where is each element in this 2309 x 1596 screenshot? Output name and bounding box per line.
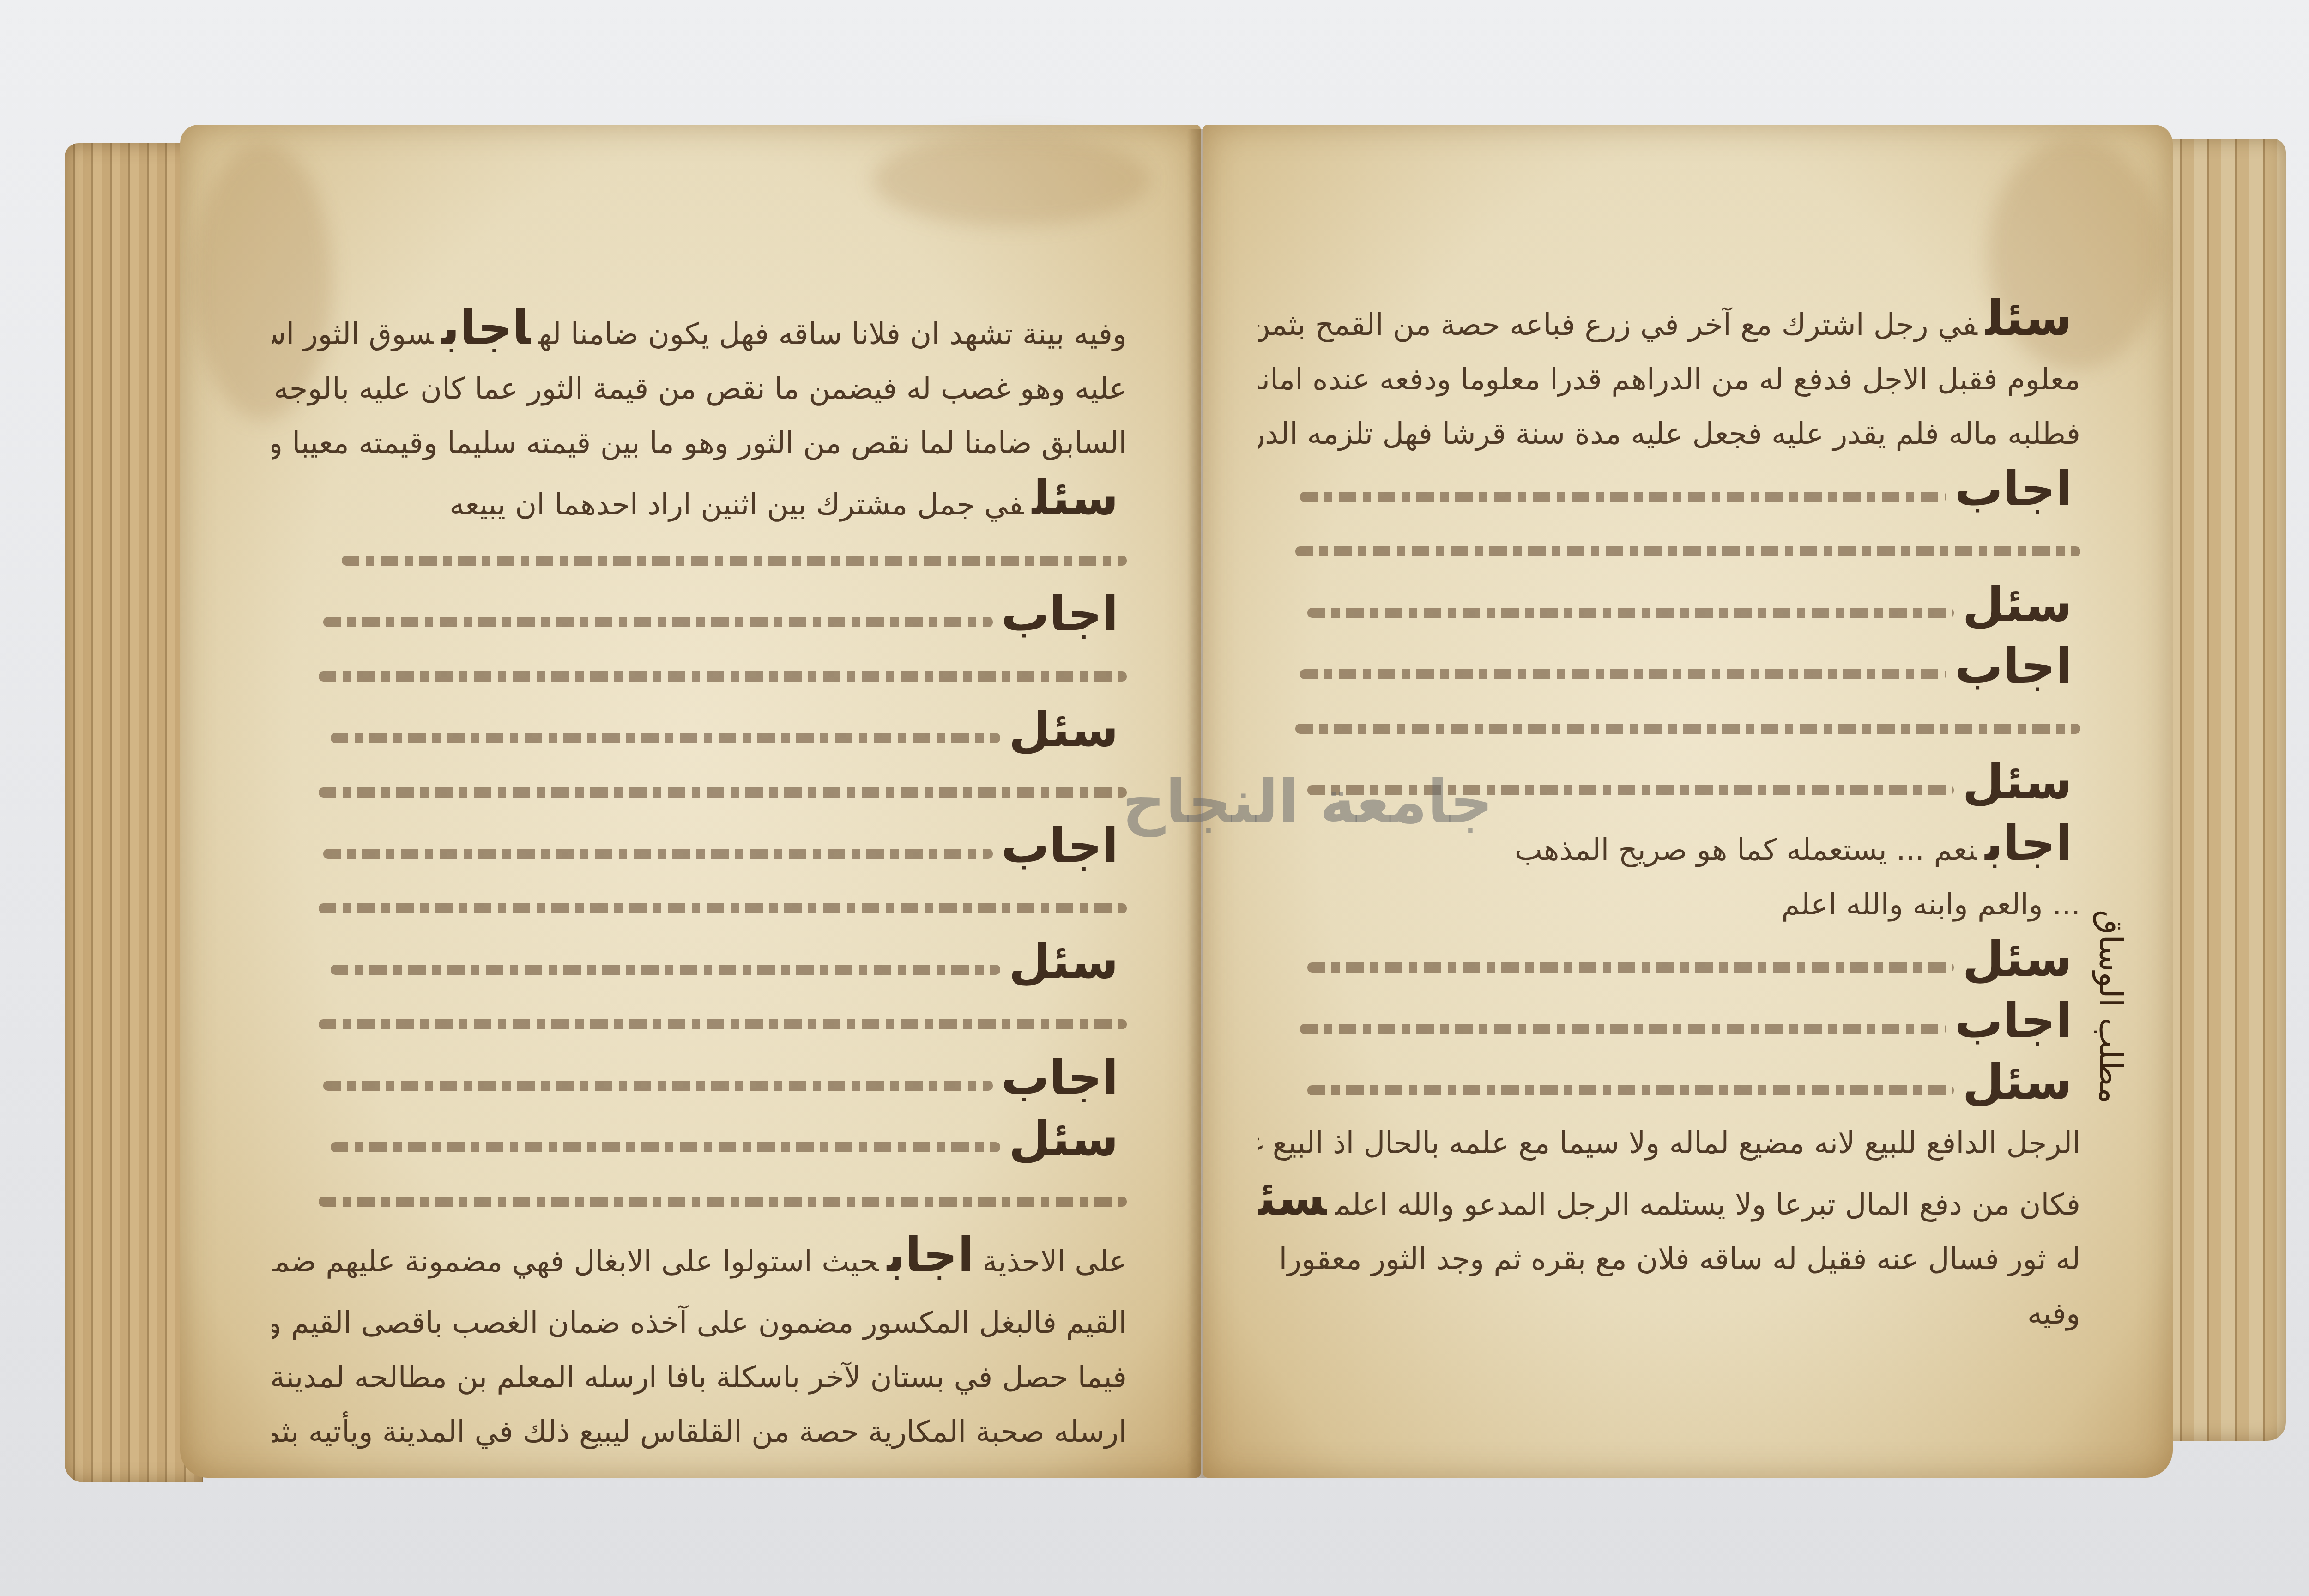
marginal-note: مطلب الوساق [2092,910,2130,1104]
answer-heading: اجاب [441,300,530,356]
question-heading: سئل [1009,1112,1118,1167]
text-line: ... والعم وابنه والله اعلم [1258,877,2080,932]
text-line [272,996,1127,1050]
text-line: فطلبه ماله فلم يقدر عليه فجعل عليه مدة س… [1258,407,2080,461]
answer-heading: اجاب [1955,461,2072,517]
text-line: فيما حصل في بستان لآخر باسكلة بافا ارسله… [272,1350,1127,1405]
text-line: له ثور فسال عنه فقيل له ساقه فلان مع بقر… [1258,1232,2080,1287]
watermark: جامعة النجاح [1122,767,1493,837]
text-line [272,880,1127,934]
text-line: السابق ضامنا لما نقص من الثور وهو ما بين… [272,416,1127,471]
text-line: اجاب [1258,639,2080,700]
question-heading: سئل [1962,755,2072,810]
text-line [1258,523,2080,577]
question-heading: سئل [1962,932,2072,987]
question-heading: سئل [1009,702,1118,758]
text-line: سئل [272,934,1127,996]
text-line [1258,700,2080,755]
answer-heading: اجاب [1985,816,2072,871]
answer-heading: اجاب [1001,818,1118,874]
answer-heading: اجاب [1955,639,2072,694]
text-line: عليه وهو غصب له فيضمن ما نقص من قيمة الث… [272,362,1127,416]
question-heading: سئل [1009,934,1118,990]
text-line: سئلفي جمل مشترك بين اثنين اراد احدهما ان… [272,471,1127,532]
text-line: القيم فالبغل المكسور مضمون على آخذه ضمان… [272,1289,1127,1350]
text-line [272,532,1127,586]
left-page: وفيه بينة تشهد ان فلانا ساقه فهل يكون ضا… [180,125,1201,1478]
text-line [272,764,1127,818]
text-line: اجاب [272,1050,1127,1112]
text-line: معلوم فقبل الاجل فدفع له من الدراهم قدرا… [1258,352,2080,407]
text-line: اجاب [1258,461,2080,523]
text-line [272,648,1127,702]
answer-heading: اجاب [1001,586,1118,642]
answer-heading: اجاب [1001,1050,1118,1106]
water-stain [873,134,1150,226]
text-line: سئل [1258,577,2080,639]
text-line: اجاب [272,586,1127,648]
question-heading: سئل [1032,471,1118,526]
text-line: سئل [272,1112,1127,1173]
question-heading: سئل [1986,291,2072,346]
text-line [272,1173,1127,1227]
text-line: ارسله صحبة المكارية حصة من القلقاس ليبيع… [272,1405,1127,1459]
text-line: وفيه بينة تشهد ان فلانا ساقه فهل يكون ضا… [272,300,1127,362]
text-line: سئل [1258,1055,2080,1116]
question-heading: سئل [1962,577,2072,633]
text-line: الرجل الدافع للبيع لانه مضيع لماله ولا س… [1258,1116,2080,1171]
answer-heading: اجاب [1955,993,2072,1049]
text-line: سئلفي رجل اشترك مع آخر في زرع فباعه حصة … [1258,291,2080,352]
question-heading: سئل [1258,1171,1327,1226]
text-line: اجاب [272,818,1127,880]
text-line: على الاحذيةاجابحيث استولوا على الابغال ف… [272,1227,1127,1289]
text-line: سئل [1258,932,2080,993]
text-line: فكان من دفع المال تبرعا ولا يستلمه الرجل… [1258,1171,2080,1232]
question-heading: سئل [1962,1055,2072,1110]
catchword: وفيه [1258,1287,2080,1341]
text-line: سئل [272,702,1127,764]
answer-heading: اجاب [887,1227,974,1283]
text-line: اجاب [1258,993,2080,1055]
left-page-text: وفيه بينة تشهد ان فلانا ساقه فهل يكون ضا… [272,300,1127,1459]
